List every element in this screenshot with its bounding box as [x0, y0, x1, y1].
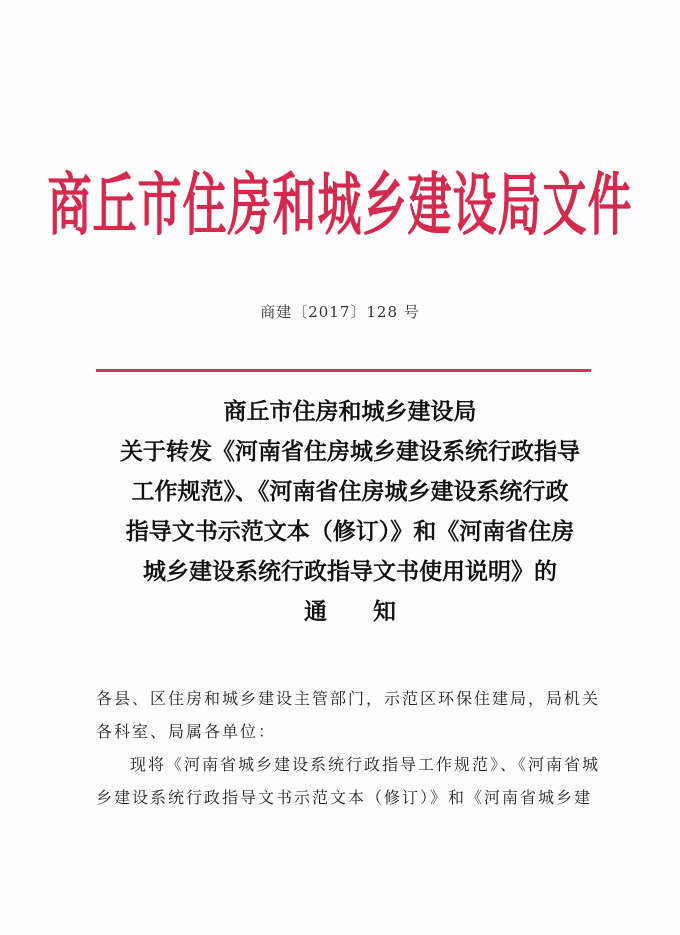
title-line: 城乡建设系统行政指导文书使用说明》的 [90, 552, 610, 592]
addressee-line: 各科室、局属各单位： [96, 715, 596, 748]
notice-title: 商丘市住房和城乡建设局 关于转发《河南省住房城乡建设系统行政指导 工作规范》、《… [90, 392, 610, 632]
document-page: 商丘市住房和城乡建设局文件 商建〔2017〕128 号 商丘市住房和城乡建设局 … [0, 0, 680, 935]
title-line: 商丘市住房和城乡建设局 [90, 392, 610, 432]
body-line: 现将《河南省城乡建设系统行政指导工作规范》、《河南省城 [96, 748, 596, 781]
body-paragraph: 现将《河南省城乡建设系统行政指导工作规范》、《河南省城 乡建设系统行政指导文书示… [96, 748, 596, 814]
title-line: 通 知 [90, 592, 610, 632]
red-divider-line [96, 369, 591, 372]
title-line: 指导文书示范文本（修订）》和《河南省住房 [90, 512, 610, 552]
addressee: 各县、区住房和城乡建设主管部门，示范区环保住建局，局机关 各科室、局属各单位： [96, 682, 596, 748]
title-line: 工作规范》、《河南省住房城乡建设系统行政 [90, 472, 610, 512]
body-line: 乡建设系统行政指导文书示范文本（修订）》和《河南省城乡建 [96, 781, 596, 814]
masthead-title: 商丘市住房和城乡建设局文件 [0, 168, 680, 246]
document-number: 商建〔2017〕128 号 [0, 301, 680, 322]
addressee-line: 各县、区住房和城乡建设主管部门，示范区环保住建局，局机关 [96, 682, 596, 715]
title-line: 关于转发《河南省住房城乡建设系统行政指导 [90, 432, 610, 472]
